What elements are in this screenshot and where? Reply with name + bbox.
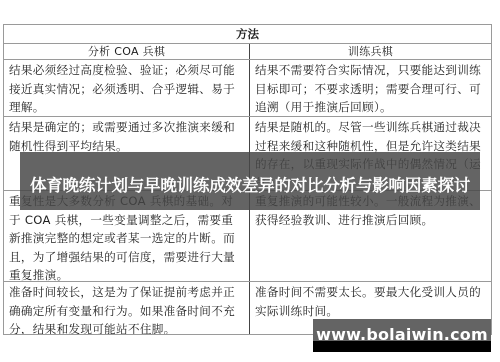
table-row: 结果必须经过高度检验、验证；必须尽可能接近真实情况；必须透明、合乎逻辑、易于理解… xyxy=(4,59,491,116)
table-cell: 结果必须经过高度检验、验证；必须尽可能接近真实情况；必须透明、合乎逻辑、易于理解… xyxy=(4,60,250,116)
watermark-text: www.bolaiwin.com xyxy=(313,325,491,345)
column-header-training: 训练兵棋 xyxy=(250,44,491,59)
table-title: 方法 xyxy=(236,26,259,42)
table-header-row: 分析 COA 兵棋 训练兵棋 xyxy=(4,43,491,59)
table-cell: 准备时间较长，这是为了保证提前考虑并正确确定所有变量和行为。如果准备时间不充分，… xyxy=(4,282,250,334)
column-header-analysis: 分析 COA 兵棋 xyxy=(4,44,250,59)
overlay-title: 体育晚练计划与早晚训练成效差异的对比分析与影响因素探讨 xyxy=(20,174,480,198)
table-cell: 结果不需要符合实际情况，只要能达到训练目标即可；不要求透明；需要合理可行、可追溯… xyxy=(250,60,491,116)
table-title-row: 方法 xyxy=(4,25,491,43)
watermark: www.bolaiwin.com xyxy=(313,319,491,352)
